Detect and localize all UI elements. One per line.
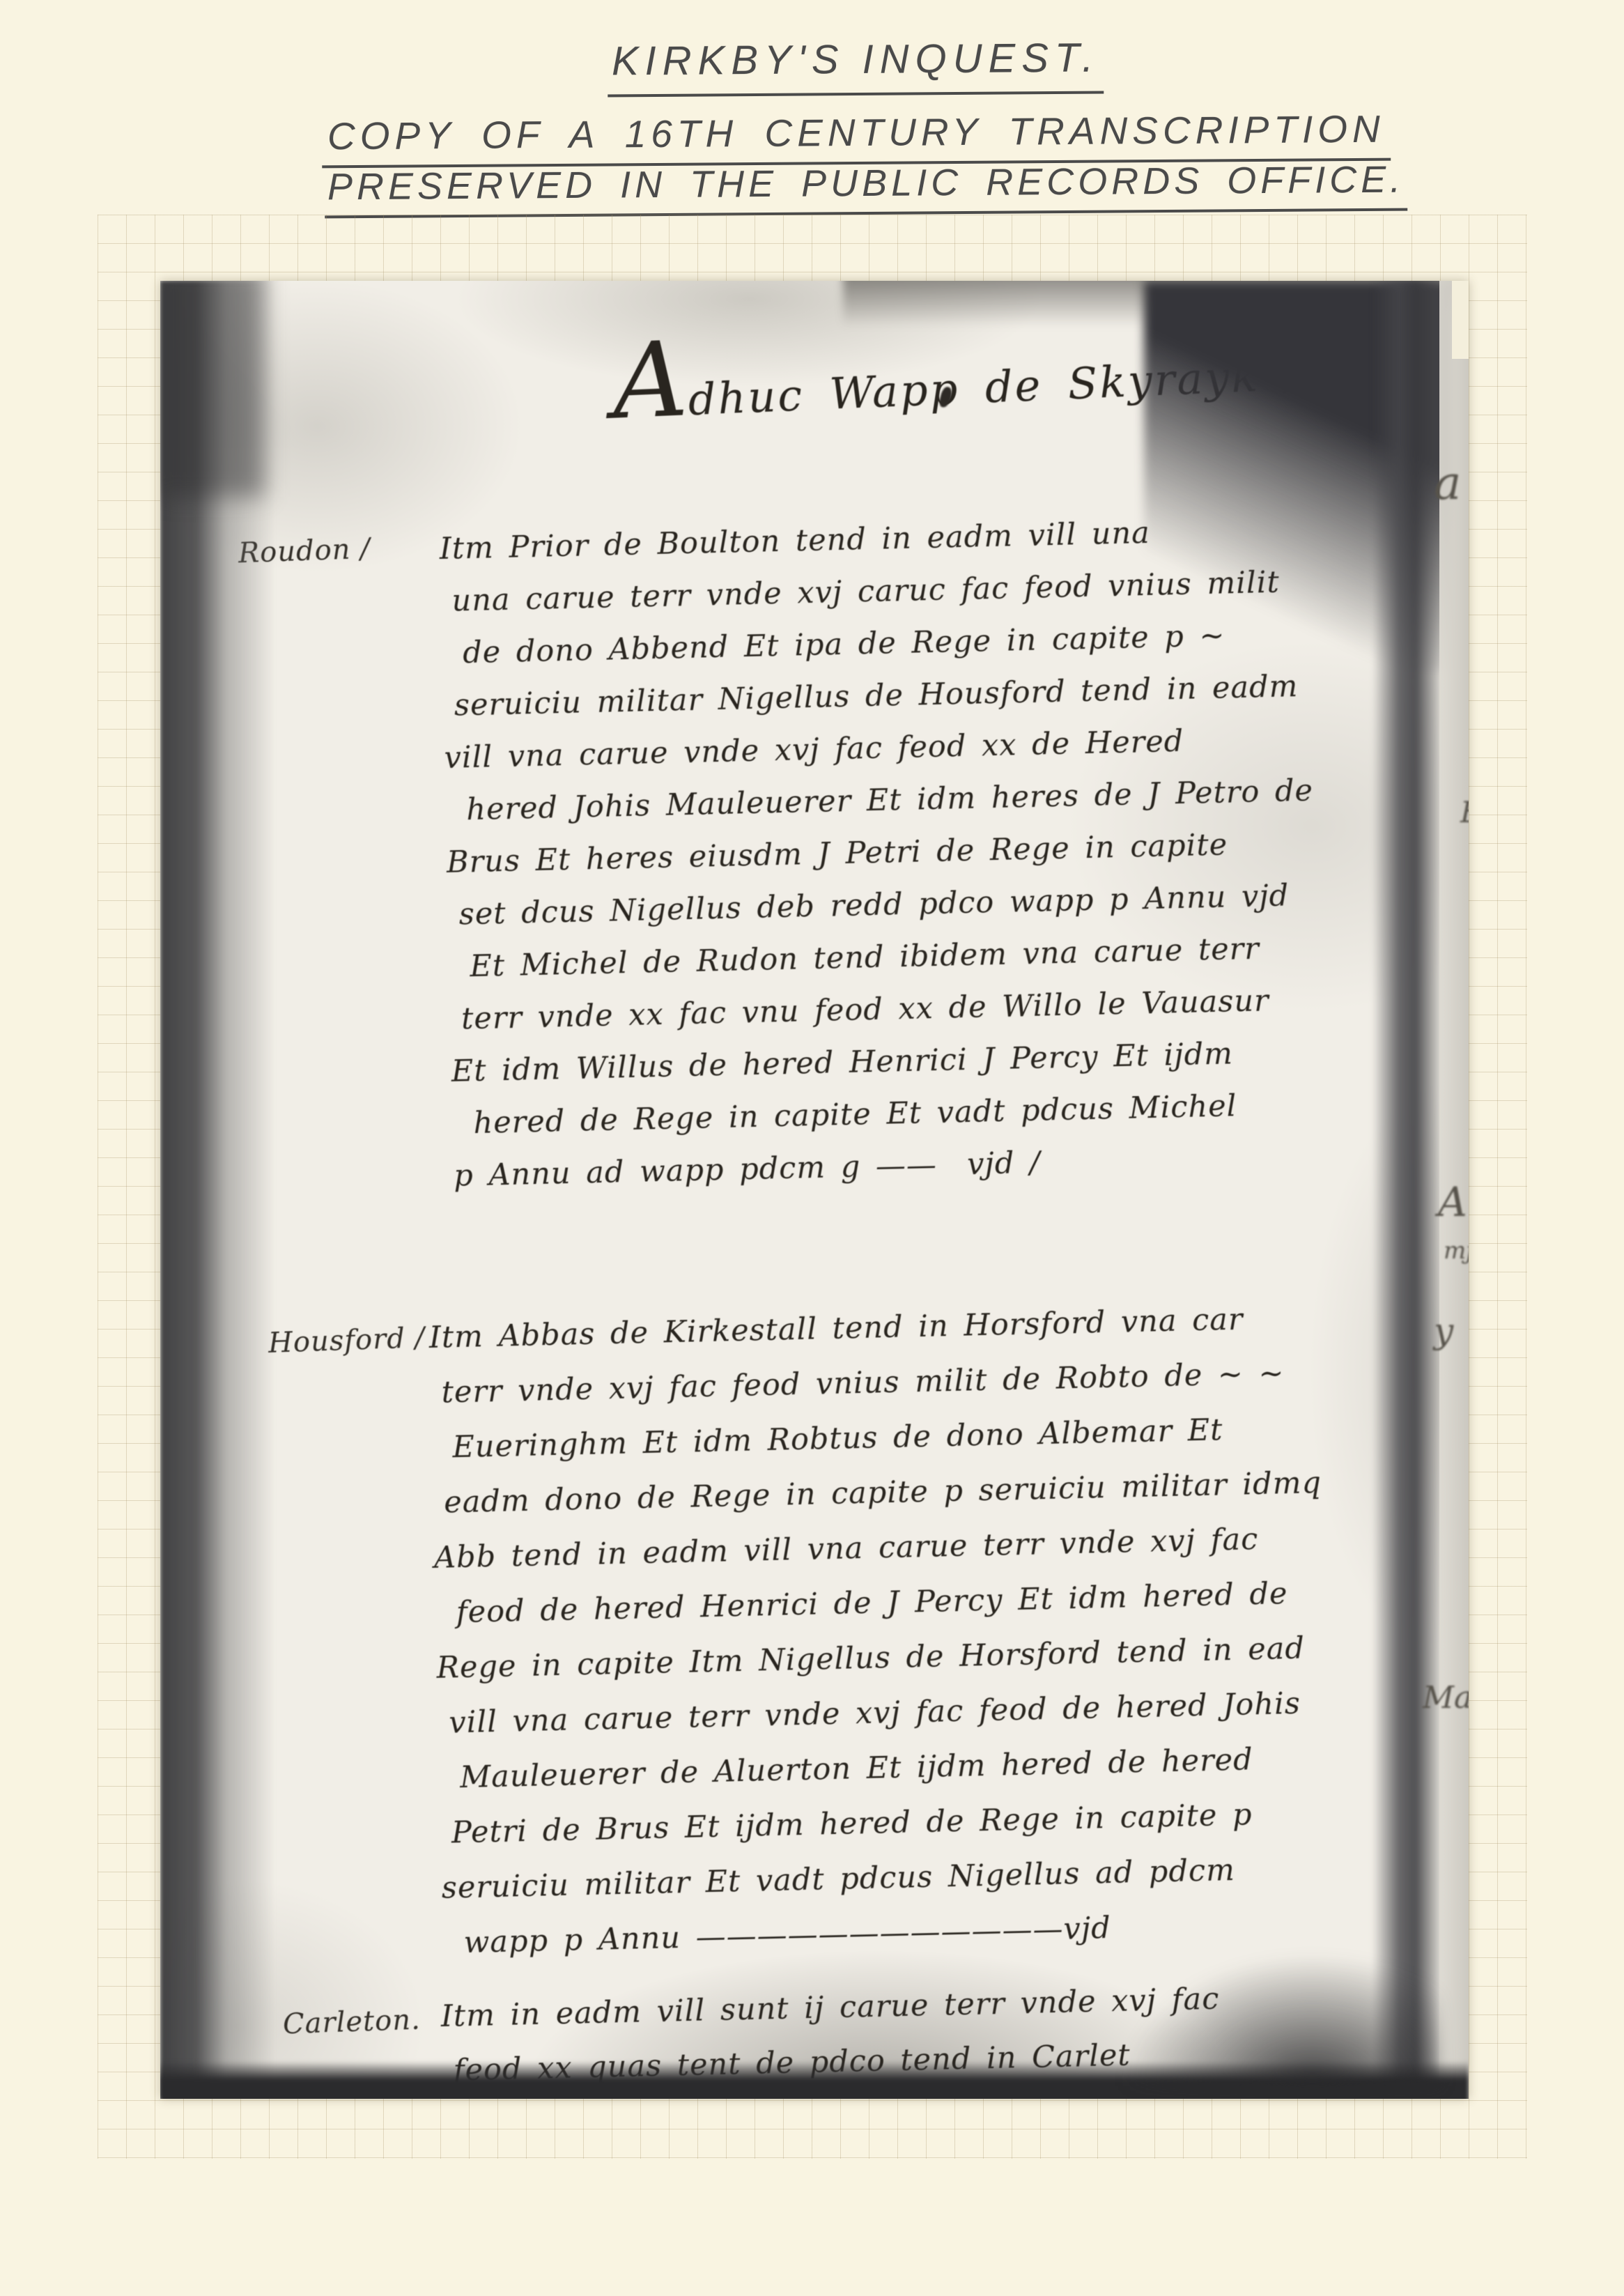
edge-fragment: y <box>1434 1311 1453 1351</box>
photo-gutter-shadow <box>1372 281 1442 2099</box>
page-title: KIRKBY'S INQUEST. <box>608 35 1104 98</box>
photo-left-shadow-band <box>160 281 275 2099</box>
margin-label-carleton: Carleton. <box>282 2004 421 2041</box>
edge-fragment: A <box>1438 1178 1467 1226</box>
album-page: { "page": { "title_lines": [ "KIRKBY'S I… <box>0 0 1624 2296</box>
edge-fragment: Ma <box>1423 1680 1469 1716</box>
edge-fragment: mj <box>1444 1237 1469 1265</box>
edge-fragment: a <box>1434 456 1461 510</box>
margin-label-housford: Housford / <box>268 1322 426 1359</box>
photo-bottom-right-shadow <box>1120 1954 1441 2086</box>
photo-corner-notch <box>1452 281 1469 359</box>
manuscript-section-housford: Itm Abbas de Kirkestall tend in Horsford… <box>428 1288 1467 1971</box>
page-subtitle-line-2: PRESERVED IN THE PUBLIC RECORDS OFFICE. <box>325 158 1408 219</box>
manuscript-photograph: Adhuc Wapp de Skyrayk / Roudon / Housfor… <box>160 281 1469 2099</box>
edge-fragment: E <box>1460 795 1469 829</box>
photo-left-top-shadow <box>160 281 265 497</box>
